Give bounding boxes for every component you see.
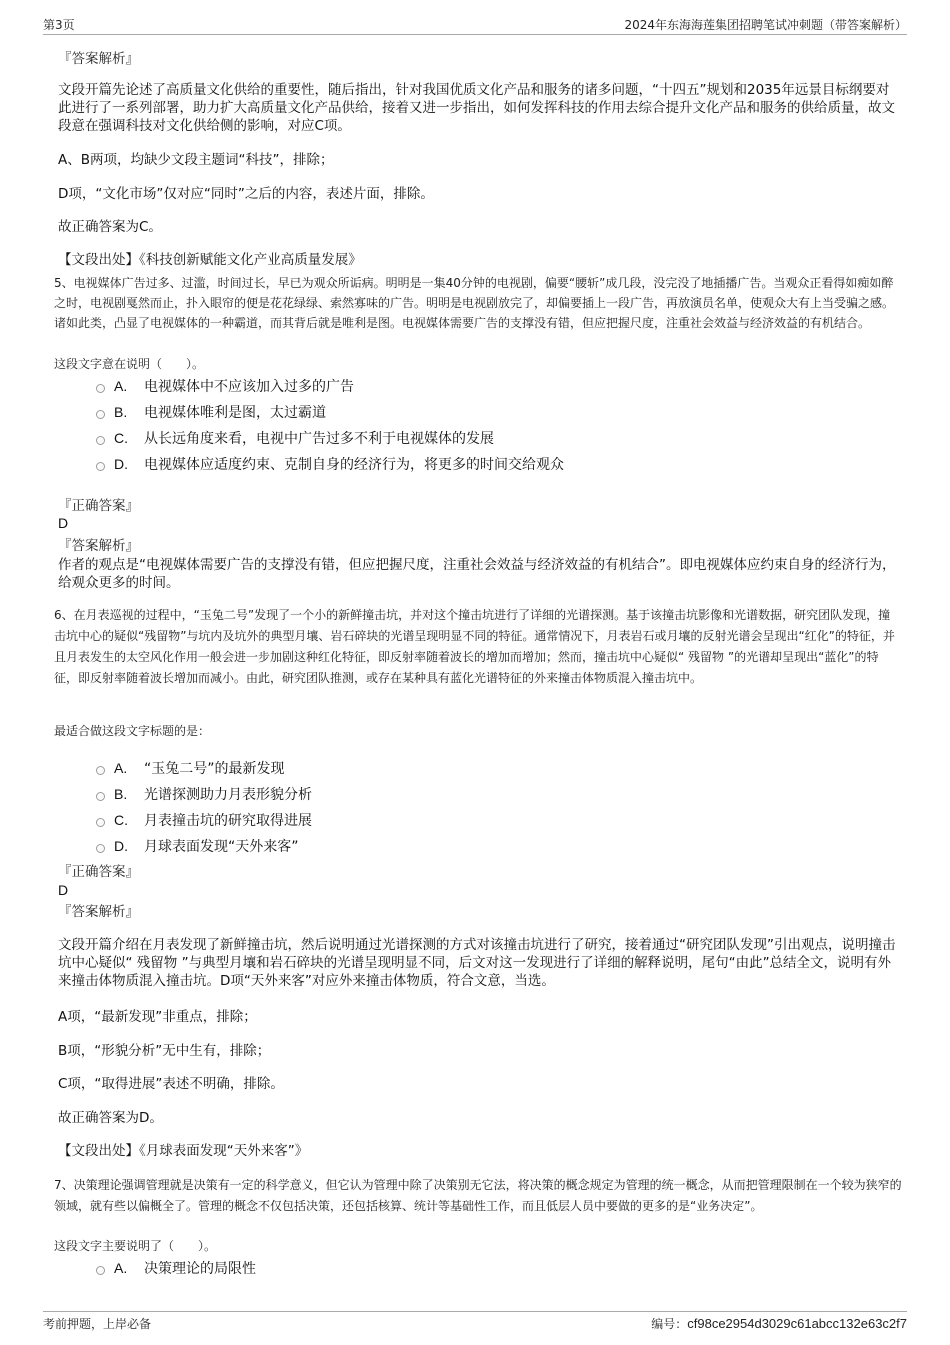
document-code: 编号：cf98ce2954d3029c61abcc132e63c2f7 — [651, 1315, 907, 1332]
radio-icon[interactable] — [96, 384, 105, 393]
q6-option-b[interactable]: B. 光谱探测助力月表形貌分析 — [96, 781, 312, 807]
footer-slogan: 考前押题，上岸必备 — [43, 1315, 151, 1332]
code-value: cf98ce2954d3029c61abcc132e63c2f7 — [687, 1316, 907, 1331]
q7-question: 这段文字主要说明了（ ）。 — [54, 1236, 902, 1256]
code-label: 编号： — [651, 1317, 687, 1331]
radio-icon[interactable] — [96, 410, 105, 419]
q5-options: A. 电视媒体中不应该加入过多的广告 B. 电视媒体唯利是图，太过霸道 C. 从… — [96, 373, 564, 477]
q6-stem: 6、在月表巡视的过程中，“玉兔二号”发现了一个小的新鲜撞击坑，并对这个撞击坑进行… — [54, 605, 902, 689]
q6-option-d[interactable]: D. 月球表面发现“天外来客” — [96, 833, 312, 859]
q4-d-exclusion: D项，“文化市场”仅对应“同时”之后的内容，表述片面，排除。 — [58, 185, 902, 203]
q6-question: 最适合做这段文字标题的是： — [54, 721, 902, 741]
q6-b-exclusion: B项，“形貌分析”无中生有，排除； — [58, 1042, 902, 1060]
q6-analysis-label: 『答案解析』 — [58, 903, 902, 921]
page-footer: 考前押题，上岸必备 编号：cf98ce2954d3029c61abcc132e6… — [43, 1311, 907, 1332]
q4-conclusion: 故正确答案为C。 — [58, 218, 902, 236]
q6-source: 【文段出处】《月球表面发现“天外来客”》 — [58, 1142, 902, 1160]
radio-icon[interactable] — [96, 792, 105, 801]
q5-option-c[interactable]: C. 从长远角度来看，电视中广告过多不利于电视媒体的发展 — [96, 425, 564, 451]
q6-option-a[interactable]: A. “玉兔二号”的最新发现 — [96, 755, 312, 781]
radio-icon[interactable] — [96, 766, 105, 775]
q5-analysis-label: 『答案解析』 — [58, 537, 902, 555]
radio-icon[interactable] — [96, 844, 105, 853]
q6-conclusion: 故正确答案为D。 — [58, 1109, 902, 1127]
radio-icon[interactable] — [96, 1266, 105, 1275]
q4-source: 【文段出处】《科技创新赋能文化产业高质量发展》 — [58, 251, 902, 269]
q5-stem: 5、电视媒体广告过多、过滥，时间过长，早已为观众所诟病。明明是一集40分钟的电视… — [54, 273, 902, 333]
radio-icon[interactable] — [96, 818, 105, 827]
radio-icon[interactable] — [96, 462, 105, 471]
q5-option-d[interactable]: D. 电视媒体应适度约束、克制自身的经济行为，将更多的时间交给观众 — [96, 451, 564, 477]
q7-option-a[interactable]: A. 决策理论的局限性 — [96, 1255, 256, 1281]
q7-stem: 7、决策理论强调管理就是决策有一定的科学意义，但它认为管理中除了决策别无它法，将… — [54, 1175, 902, 1217]
q6-options: A. “玉兔二号”的最新发现 B. 光谱探测助力月表形貌分析 C. 月表撞击坑的… — [96, 755, 312, 859]
q4-analysis-text: 文段开篇先论述了高质量文化供给的重要性，随后指出，针对我国优质文化产品和服务的诸… — [58, 81, 902, 135]
q4-ab-exclusion: A、B两项，均缺少文段主题词“科技”，排除； — [58, 151, 902, 169]
q5-answer-label: 『正确答案』 — [58, 497, 902, 515]
page-number: 第3页 — [43, 16, 75, 33]
q6-c-exclusion: C项，“取得进展”表述不明确，排除。 — [58, 1075, 902, 1093]
q6-answer: D — [58, 882, 902, 898]
q5-analysis-text: 作者的观点是“电视媒体需要广告的支撑没有错，但应把握尺度，注重社会效益与经济效益… — [58, 556, 902, 592]
q6-analysis-text: 文段开篇介绍在月表发现了新鲜撞击坑，然后说明通过光谱探测的方式对该撞击坑进行了研… — [58, 936, 902, 990]
q7-options: A. 决策理论的局限性 — [96, 1255, 256, 1281]
q5-question: 这段文字意在说明（ ）。 — [54, 354, 902, 374]
q5-answer: D — [58, 515, 902, 531]
document-title: 2024年东海海莲集团招聘笔试冲刺题（带答案解析） — [624, 16, 907, 33]
q5-option-a[interactable]: A. 电视媒体中不应该加入过多的广告 — [96, 373, 564, 399]
q6-answer-label: 『正确答案』 — [58, 863, 902, 881]
q5-option-b[interactable]: B. 电视媒体唯利是图，太过霸道 — [96, 399, 564, 425]
radio-icon[interactable] — [96, 436, 105, 445]
q4-analysis-label: 『答案解析』 — [58, 50, 902, 68]
q6-option-c[interactable]: C. 月表撞击坑的研究取得进展 — [96, 807, 312, 833]
page-header: 第3页 2024年东海海莲集团招聘笔试冲刺题（带答案解析） — [43, 14, 907, 35]
q6-a-exclusion: A项，“最新发现”非重点，排除； — [58, 1008, 902, 1026]
